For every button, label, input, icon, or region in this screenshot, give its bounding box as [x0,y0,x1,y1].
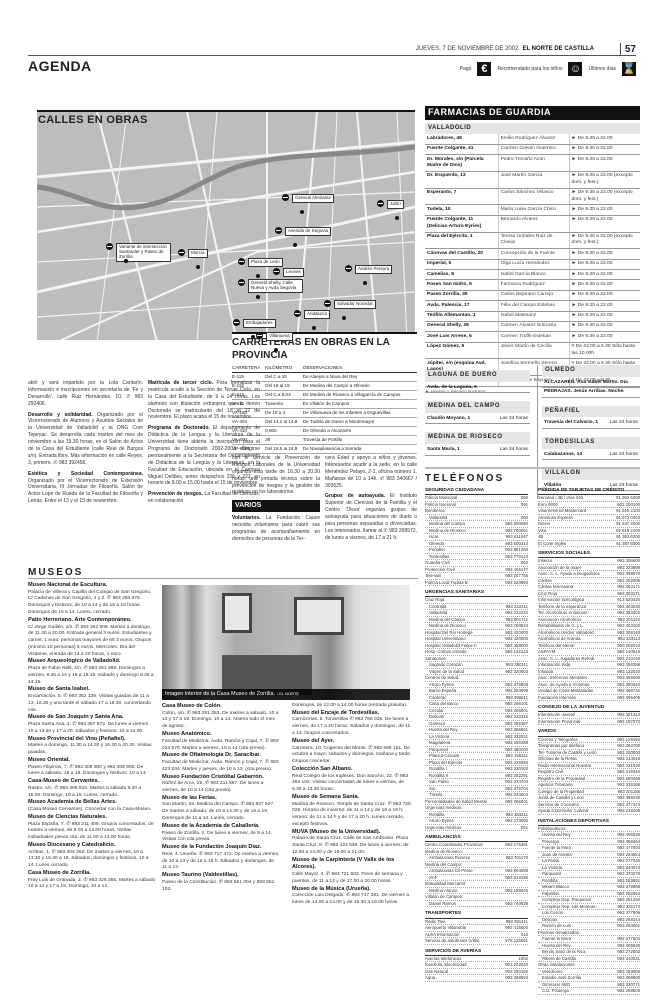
map-location-dot [363,281,367,285]
phone-label: Valladolid [429,610,447,616]
phone-label: Averías telefónicas [425,956,461,962]
phone-label: Ribera de Castilla [542,956,576,962]
map-location-dot [312,326,316,330]
map-location-dot [300,210,304,214]
phone-label: Alcohólicos Unidos Valladolid [538,630,594,636]
phone-label: Villalón de Campos: [425,894,463,900]
province-block: PEÑAFIELTravesía del Calvario, 1Las 24 h… [542,406,640,429]
museum-name: Museo de Oftalmología Dr. Saracíbar. [162,752,280,760]
phone-row: Información Provincial983 187070 [538,719,640,726]
phone-label: Aeropuerto Villanubla [425,925,466,931]
agenda-item-body: con el Servicio de Prevención de Riesgos… [232,455,320,495]
map-location-dot [196,265,200,269]
phone-number: 983 334603 [505,792,528,798]
province-pharmacy-row: ALCAZARÉN. Ana Isabel Martín. Día [542,379,640,388]
pharmacy-hours: ► De 9.30 a 22.00 (excepto dom. y fest.) [569,171,640,188]
table-cell: 38 [265,435,303,444]
museum-entry: Domingos, de 12.00 a 14.00 horas (entrad… [292,703,414,710]
pharmacy-address: Imperial, 5 [425,259,498,269]
pharmacist-name: Farmacia Rodríguez [498,280,569,290]
agenda-item-title: Desarrollo y solidaridad. [28,412,97,418]
table-cell: De Olmedo a Alcazarén [303,426,417,435]
phone-label: Circular [429,708,444,714]
map-street-label: General Shelly, Calle Nueva y Avda Segov… [248,279,303,293]
phone-number: 983 132020 [617,669,640,675]
column-header: OBSERVACIONES [303,364,417,372]
phone-label: Huerta del Rey [542,832,571,838]
phone-number: 983 188025 [505,888,528,894]
table-cell: De Navaplasencia a Serrada [303,444,417,453]
phone-number: 983 129194 [617,737,640,743]
phone-number: 983 399570 [617,571,640,577]
museum-name: Colección San Albano. [292,766,414,774]
museum-entry: Casa Museo de Colón.Colón, s/n. ✆ 983 29… [162,703,280,731]
museum-entry: Museo del Encaje de Tordesillas.Carnicer… [292,710,414,738]
phone-number: 983 396611 [506,695,528,701]
road-works-icon [106,243,113,250]
phone-group-title: SEGURIDAD CIUDADANA [425,488,528,495]
pharmacist-name: José Martín García [498,171,569,188]
museum-info: Carretera, 10. Cogeces del Monte. ✆ 983 … [292,746,411,765]
phone-label: Hospital Valladolid Felipe II [425,643,477,649]
pharmacy-hours: ► De 9.30 a 22.00 [569,321,640,331]
province-block: MEDINA DE RIOSECOSanta María, 1Las 24 ho… [425,432,530,455]
museum-name: Casa Museo de Colón. [162,703,280,711]
museum-info: Paseo Filipinos, 7. ✆ 983 306 900 y 983 … [28,765,147,777]
last-days-icon: ⌛ [622,62,636,76]
phone-number: 983 175481 [505,842,528,848]
province-pharmacy-row: Santa María, 1Las 24 horas [425,446,530,455]
phone-number: 91 362 6200 [616,495,640,501]
pharmacy-row: Paseo Zorrilla, 30Carlos Bejarano Carrej… [425,290,640,300]
phone-number: 983 222211 [506,604,528,610]
phone-row: C.D. Pisuerga983 268505 [538,988,640,995]
phone-label: Hospital Universitario [425,636,466,642]
pharmacist-name: Javier Martín de Cecilia [498,342,569,359]
museum-entry: Casa-Museo de Cervantes.Rastro, s/n. ✆ 9… [28,778,156,799]
road-works-icon [377,200,384,207]
phone-label: Parquesol [429,747,448,753]
pharmacy-address: Camelias, 8 [425,270,498,280]
agenda-column-4: cera Edad y apoyo a niños y jóvenes. Int… [325,455,417,546]
pharmacist-name: Carmen Truffe Esteban [498,332,569,342]
road-works-icon [282,194,289,201]
museum-info: Rastro, s/n. ✆ 983 308 810. Martes a sáb… [28,786,141,798]
phone-label: Servired / 4B / Visa 24h [538,495,583,501]
phone-label: Asociación Alcohólicos [538,617,581,623]
map-street-label: Murcia [188,249,208,258]
phone-label: 4B [538,534,543,540]
phone-number: 983 374704 [505,779,528,785]
phone-number: 983 420400 [505,630,528,636]
phone-group-title: SERVICIOS DE AVERÍAS [425,949,528,956]
pharmacy-address: Cánovas del Castillo, 20 [425,249,498,259]
museum-entry: Museo de Semana Santa.Medina de Rioseco.… [292,794,414,829]
road-works-icon [238,258,245,265]
phone-number: 983 369900 [617,975,640,981]
agenda-item: abril y será impartido por la Lola Canta… [28,380,143,408]
province-pharmacies-right: OLMEDOALCAZARÉN. Ana Isabel Martín. DíaP… [537,365,640,499]
pharmacy-row: General Shelly, 28Carmen Álvarez Boticar… [425,321,640,331]
museum-entry: Museo Fundación Cristóbal Gabarrón.Núñez… [162,774,280,795]
phone-label: Alcohólicos de Aranda [538,636,581,642]
phone-number: 983 265001 [505,708,528,714]
phone-number: 983 611047 [506,534,528,540]
map-street-label: Jalón [387,200,404,209]
pharmacy-address: ALCAZARÉN. Ana Isabel Martín. Día [544,380,628,386]
phone-label: Fuente la Mora [542,845,571,851]
table-cell: Del C.a 8,03 [265,390,303,399]
phone-number: 983 315158 [617,782,640,788]
museum-entry: Museo de Oftalmología Dr. Saracíbar.Facu… [162,752,280,773]
pharmacy-row: López Gómez, 5Javier Martín de Cecilia≡ … [425,342,640,359]
phone-number: 91 572 0303 [616,515,640,521]
map-street-label: Salvador Nocedal [334,300,376,309]
pharmacist-name: Pedro Trecaño Azón [498,155,569,172]
phone-number: 983 356661 [505,727,528,733]
museum-entry: Museo Oriental.Paseo Filipinos, 7. ✆ 983… [28,757,156,778]
museum-entry: Museo de Ciencias Naturales.Plaza España… [28,814,156,842]
phone-label: Mutualidad Mercantil: [425,881,466,887]
museum-name: Casa Museo de Zorrilla. [28,870,156,878]
phone-label: Ramón de Luis [542,923,571,929]
pharmacy-row: Plaza del Ejército, 1Teresa Urdiales Rui… [425,232,640,249]
phone-row: Fundación Intervida983 395409 [538,695,640,702]
phone-label: Sur [429,786,436,792]
museum-entry: Museo del Ayer.Carretera, 10. Cogeces de… [292,738,414,766]
pharmacy-hours: Las 24 horas [610,420,638,426]
newspaper-name: EL NORTE DE CASTILLA [522,46,594,52]
phone-number: 983 140615 [617,649,640,655]
phone-label: Medina del Campo: [425,862,462,868]
museum-entry: Museo de la Academia de Caballería.Paseo… [162,823,280,844]
agenda-item-title: Matrícula de tercer ciclo. [148,380,217,386]
phone-number: 983 156211 [506,753,528,759]
agenda-column-1: abril y será impartido por la Lola Canta… [28,380,143,509]
map-location-dot [395,216,399,220]
phone-number: 983 365000 [617,675,640,681]
pharmacy-row: Labradores, 49Emilio Rodríguez Álvarez► … [425,134,640,144]
phone-label: Complejo Dep. Parquesol [542,897,591,903]
phone-number: 983 378888 [617,884,640,890]
museum-name: Museo de la Fundación Joaquín Díaz. [162,844,280,852]
province-name: VILLALÓN [542,468,640,480]
phone-number: 983 280111 [506,662,528,668]
phone-number: 983 881250 [505,547,528,553]
agenda-item-title: Voluntarios. [232,515,266,521]
phone-number: 983 306600 [617,558,640,564]
phone-label: Ambulancias Gil Prieto [429,868,472,874]
agenda-item-title: Programa de Doctorado. [148,425,213,431]
phone-number: 983 323898 [617,565,640,571]
pharmacy-row: José Luis Arrese, 5Carmen Truffe Esteban… [425,332,640,342]
museum-entry: Museo de San Joaquín y Santa Ana.Plaza S… [28,714,156,735]
phone-number: 092 [521,495,528,501]
museum-info: Paseo de Zorrilla, 2. De lunes a viernes… [162,831,272,843]
province-pharmacy-row: Calabazanos, 14Las 24 horas [542,451,640,460]
map-street-label: Villanueva [266,332,293,341]
pharmacist-name: Teresa Urdiales Ruiz de Clavijo [498,232,569,249]
phone-number: 91 519 2100 [616,528,640,534]
phone-number: 983 368653 [505,975,528,981]
phone-label: Gamazo [429,721,445,727]
museum-name: Museo Nacional de Escultura. [28,582,156,590]
phone-group-title: CONSEJO DE LA JUVENTUD [538,705,640,712]
table-cell: De Medina del Campo a Olmedo [303,381,417,390]
phone-group-title: VARIOS [538,729,640,736]
phone-label: Pilarica-Circular [429,753,459,759]
phone-number: 983 370270 [617,871,640,877]
phone-number: 902 250150 [505,969,528,975]
phone-label: Miriam Blasco [542,884,569,890]
phones-rule [425,467,640,469]
phone-number: 983 477504 [617,845,640,851]
phone-number: 983 330771 [617,982,640,988]
phone-label: Rondilla II [429,773,448,779]
map-location-dot [251,335,255,339]
phone-label: Servicio de autobuses (Villa) [425,938,479,944]
pharmacy-hours: ► De 9.30 a 22.00 [569,301,640,311]
table-cell: 0,900 [265,426,303,435]
museum-info: Real Colegio de los Ingleses. Don Sancho… [292,774,408,793]
map-street-label: General Almirante [292,194,334,203]
phone-number: 91 547 4000 [616,521,640,527]
phone-number: 983 218108 [617,808,640,814]
province-pharmacy-row: Travesía del Calvario, 1Las 24 horas [542,419,640,428]
pharmacy-row: Tudela, 10María Luisa García Chico► De 9… [425,205,640,215]
phone-label: Iberdrola, Electricidad [425,962,467,968]
phone-label: Plaza del Ejército [429,760,462,766]
province-name: MEDINA DE RIOSECO [425,432,530,444]
phone-number: 983 303171 [617,584,640,590]
phone-row: Policía Local Tudela B.983 520950 [425,580,528,587]
phone-label: Sagrado Corazón [429,662,463,668]
phone-label: SAF [429,875,437,881]
map-street-label: Andrés Pereyra [355,265,392,274]
phone-number: 91 519 2100 [616,508,640,514]
museum-entry: Museo de las Ferias.San Martín, 26. Medi… [162,795,280,823]
phone-number: 902 200100 [617,502,640,508]
phone-number: 983 403102 [617,623,640,629]
section-bar: VARIOS [232,500,320,512]
province-name: PEÑAFIEL [542,406,640,418]
phone-number: 901 202020 [505,962,528,968]
phone-label: Polideportivos: [538,826,566,832]
phone-number: 983 132123 [505,649,528,655]
pharmacy-address: General Shelly, 28 [425,321,498,331]
museum-entry: Museo de Santa Isabel.Encarnación, 5. ✆ … [28,686,156,714]
phone-number: 983 332031 [505,734,528,740]
phone-number: 983 210140 [617,656,640,662]
agenda-item: Desarrollo y solidaridad. Organizado por… [28,412,143,467]
phone-number: 983 804088 [505,868,528,874]
phones-column-left: SEGURIDAD CIUDADANAPolicía Municipal092P… [425,484,528,982]
phone-label: Magdalena [429,740,450,746]
phone-number: 983 353302 [617,610,640,616]
pharmacy-hours: ► De 9.30 a 22.00 [569,332,640,342]
museum-info: Plaza de Fabio Nelli, s/n. ✆ 983 351 389… [28,666,154,685]
phone-label: Urgencias médicas: [425,805,463,811]
pharmacy-address: Paseo San Isidro, 5 [425,280,498,290]
pharmacy-address: Tudela, 10 [425,205,498,215]
phone-label: C.D. Pisuerga [542,988,569,994]
pharmacies-title: FARMACIAS DE GUARDIA [425,106,640,120]
phone-label: Los Cerros [542,910,563,916]
phone-label: Inserso [538,558,552,564]
phone-label: Parquesol [542,871,561,877]
phone-label: Virgen de la Salud [429,669,464,675]
phone-label: Olmedo [429,541,444,547]
phone-number: 983 458464 [617,839,640,845]
museum-name: Casa-Museo de Cervantes. [28,778,156,786]
phone-number: 900 202010 [617,643,640,649]
phone-number: 913 620420 [617,597,640,603]
museum-name: Museo Oriental. [28,757,156,765]
pharmacist-name: Emilio Rodríguez Álvarez [498,134,569,144]
museum-photo: Imagen interior de la Casa Museo de Zorr… [162,585,410,700]
phone-label: Junta de Castilla y León [538,795,584,801]
phone-label: Registro de la Propiedad [538,776,585,782]
phone-label: Información Juvenil [538,712,575,718]
museum-name: Patio Herreriano. Arte Contemporáneo. [28,617,156,625]
phone-label: Protección Civil [425,567,455,573]
map-location-dot [256,274,260,278]
pharmacy-address: Santa María, 1 [427,447,460,453]
museum-name: Museo Taurino (Valdestillas). [162,872,280,880]
pharmacy-address: Esperanto, 7 [425,188,498,205]
museum-entry: Museo Taurino (Valdestillas).Paseo de la… [162,872,280,893]
agenda-item: Voluntarios. La Fundación Cauce necesita… [232,515,320,543]
museum-info: Medina de Rioseco. Templo de Santa Cruz.… [292,802,411,827]
pharmacist-name: Carlos Bejarano Carrejo [498,290,569,300]
phone-label: Cruz Roja [538,591,557,597]
pharmacy-address: PEDRAJAS. Jesús Arribas. Noche. [544,389,625,395]
agenda-column-3: con el Servicio de Prevención de Riesgos… [232,455,320,547]
phone-number: 983 201122 [618,617,640,623]
phone-label: Euro 6000 [538,502,558,508]
museum-entry: Museo Arqueológico de Valladolid.Plaza d… [28,658,156,686]
pharmacy-address: Dr. Esquerdo, 13 [425,171,498,188]
museum-info: Palacio de Santa Cruz. Calle de San Ambr… [292,836,409,855]
phone-label: ALSA Información [425,932,459,938]
phone-number: 983 360700 [617,743,640,749]
phone-number: 983 358000 [505,643,528,649]
icon-legend: Pago€Recomendado para los niños☺Últimos … [460,62,636,76]
phone-number: 983 700051 [505,528,528,534]
pharmacy-hours: ► De 9.30 a 22.00 [569,134,640,144]
museum-info: Plaza España, 7. ✆ 983 211 409. Grupos c… [28,822,154,841]
museums-column-1: Museo Nacional de Escultura.Palacio de V… [28,582,156,891]
museum-name: Museo de la Academia de Caballería. [162,823,280,831]
phone-label: Agua [425,975,435,981]
museum-entry: Museo de la Fundación Joaquín Díaz.Real,… [162,844,280,872]
children-icon: ☺ [568,62,582,76]
road-works-icon [324,300,331,307]
pharmacy-address: Plaza del Ejército, 1 [425,232,498,249]
phone-row: Daniel Ramos983 740938 [425,901,528,908]
agenda-item-body: Organizado por el Vicerrectorado de Exte… [28,478,143,505]
phone-label: ASPAYM [538,649,555,655]
pharmacist-name: Isabel García Blanco [498,270,569,280]
phone-label: Rondilla I [429,766,447,772]
table-cell: En Villalón de Campos [303,399,417,408]
phone-label: Peñafiel [429,547,445,553]
museum-name: Museo de Santa Isabel. [28,686,156,694]
pharmacy-hours: ► De 9.30 a 22.00 [569,155,640,172]
phone-number: 983 380200 [505,747,528,753]
road-works-icon [256,332,263,339]
phone-label: Medina de Rioseco: [425,849,463,855]
phone-number: 983 475704 [505,786,528,792]
pharmacy-row: Paseo San Isidro, 5Farmacia Rodríguez► D… [425,280,640,290]
phone-number: 983 700524 [505,623,528,629]
museums-column-3: Domingos, de 12.00 a 14.00 horas (entrad… [292,703,414,907]
pharmacy-address: Teófilo Allemantan, 1 [425,311,498,321]
phone-label: Teléfono de la esperanza [538,604,586,610]
phone-label: Tel. Turismo de Castilla y León [538,750,597,756]
phone-label: Piscinas climatizadas: [538,930,580,936]
phone-label: Pisuerga [542,839,559,845]
phone-label: Benito Sanz de la Rica [542,949,585,955]
museum-info: Real, 4. Urueña. ✆ 983 717 472. De marte… [162,852,279,871]
phone-number: 983 801711 [506,617,528,623]
province-pharmacy-row: Claudio Moyano, 1Las 24 horas [425,415,530,424]
agenda-item: cera Edad y apoyo a niños y jóvenes. Int… [325,455,417,489]
phone-label: Huerta del Rey [542,943,571,949]
museum-info: San Martín, 26. Medina del Campo. ✆ 983 … [162,802,275,821]
phone-label: Sanatorios: [425,656,447,662]
museum-name: Museo del Ayer. [292,738,414,746]
museum-entry: Patio Herreriano. Arte Contemporáneo.C/ … [28,617,156,659]
phone-row: Agua983 368653 [425,975,528,982]
pharmacy-hours: Las 24 horas [610,452,638,458]
phone-number: 983 222222 [505,610,528,616]
phone-number: 983 377506 [617,910,640,916]
legend-label: Últimos días [588,66,616,73]
museum-name: Museo Arqueológico de Valladolid. [28,658,156,666]
pharmacy-address: Avda. Palencia, 17 [425,301,498,311]
pharmacist-name: María Luisa García Chico [498,205,569,215]
phone-label: La Rubia [542,858,559,864]
map-street-label: Embajadores [243,319,276,328]
pharmacy-hours: Las 24 horas [500,416,528,422]
agenda-item-title: Prevención de riesgos. [148,491,205,497]
phone-row: Ayuda a Domicilio Cultural983 218108 [538,808,640,815]
pharmacy-hours: ► De 9.30 a 22.00 (excepto dom. y fest.) [569,232,640,249]
museum-info: Carnicerías, 5. Tordesillas ✆ 983 756 03… [292,717,410,736]
pharmacy-address: Dr. Morales, s/n (Parcela Madre de Dios) [425,155,498,172]
pharmacy-row: Cánovas del Castillo, 20Concepción de la… [425,249,640,259]
phone-number: 983 268144 [617,917,640,923]
phone-number: 983 333113 [618,636,640,642]
phone-number: 983 214019 [617,756,640,762]
phone-label: Visa/Servired Mastercard [538,508,586,514]
phone-number: 080 [521,515,528,521]
phone-number: 983 292654 [617,891,640,897]
pharmacy-address: Fuente Colgante, 11 (Delicias-Arturo Eyr… [425,215,498,232]
agenda-item-body: Organizado por el Vicerrectorado de Alum… [28,412,143,466]
pharmacy-address: José Luis Arrese, 5 [425,332,498,342]
table-cell: Del 18 al 19 [265,381,303,390]
agenda-item-title: Estética y Sociedad Contemporánea. [28,471,143,477]
phone-number: 010 [521,932,528,938]
phone-label: Gas Natural [425,969,448,975]
pharmacist-name: Félix del Campo Estebas [498,301,569,311]
phone-row: El Corte Inglés91 387 6000 [538,541,640,548]
agenda-item-body: cera Edad y apoyo a niños y jóvenes. Int… [325,455,417,489]
phone-number: 983 351314 [617,712,640,718]
museum-info: Colección Luis Delgado. ✆ 983 717 381. D… [292,893,409,905]
